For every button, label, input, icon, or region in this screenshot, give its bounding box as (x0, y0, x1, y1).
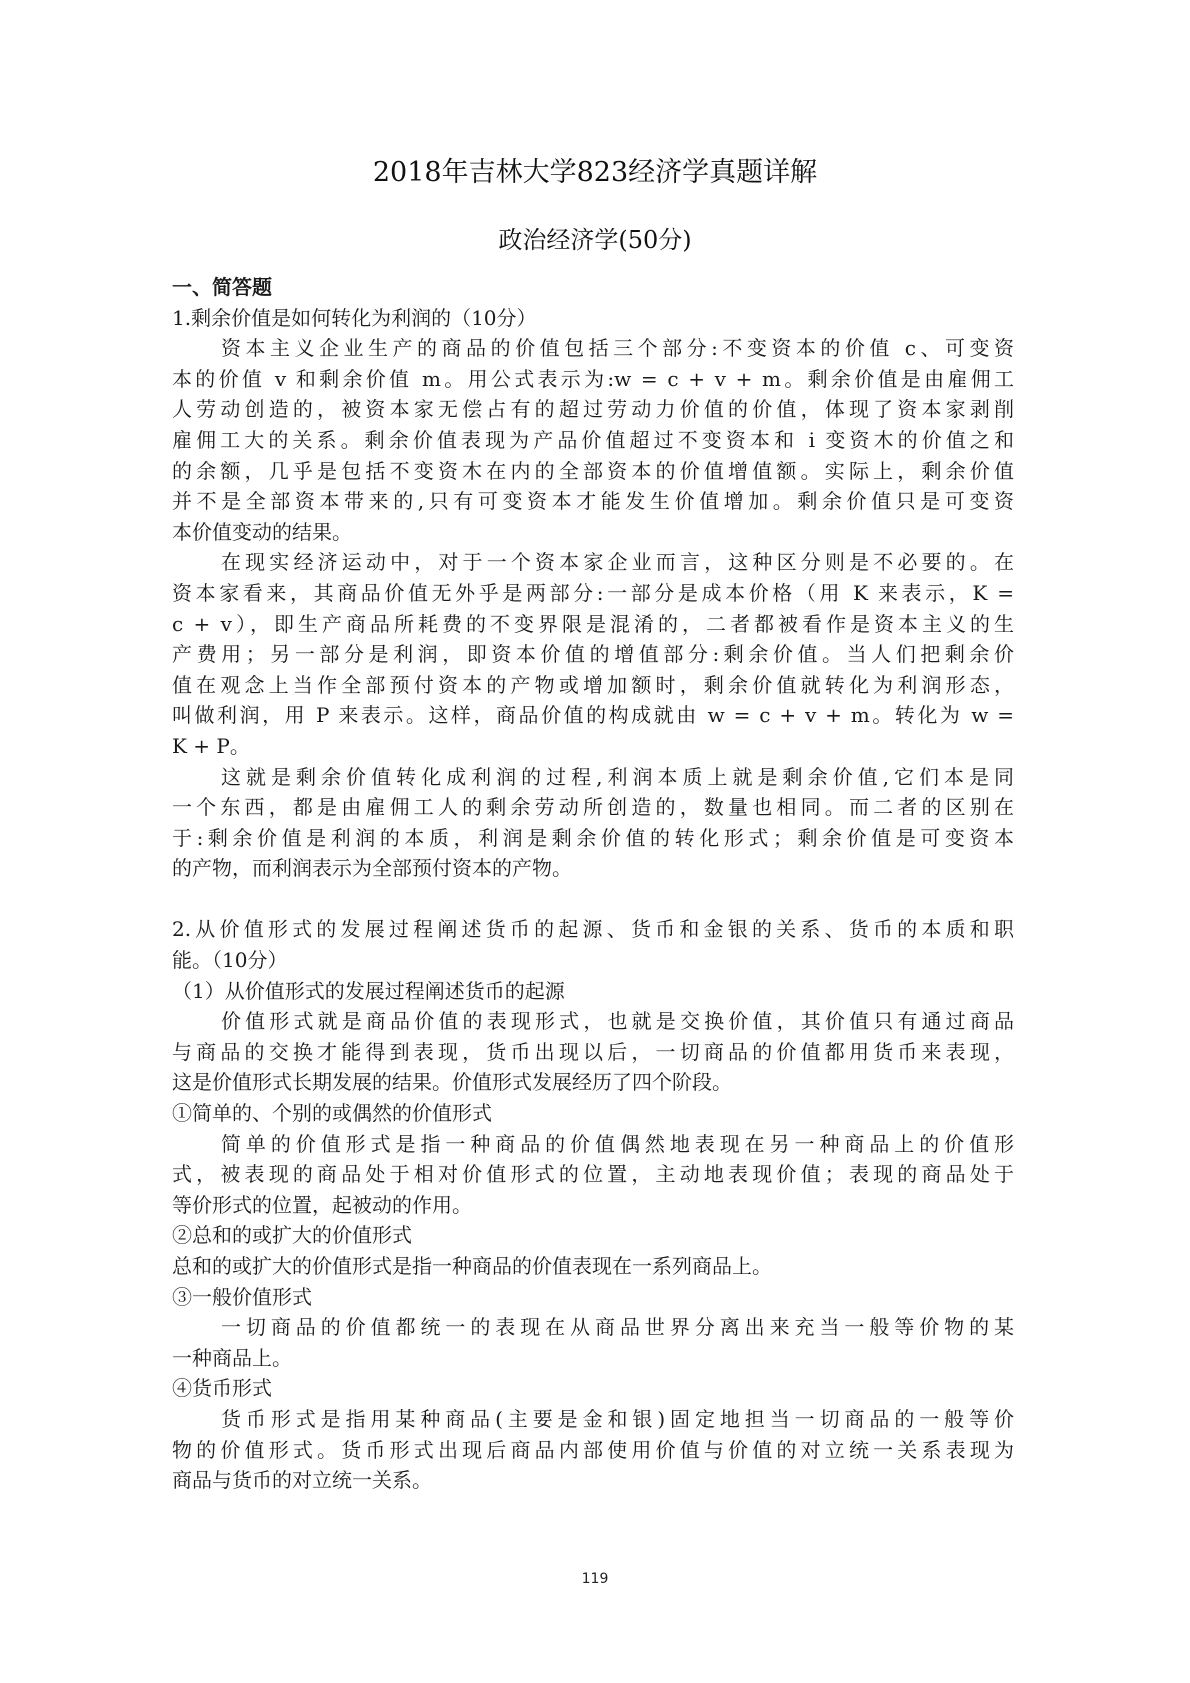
text-line: 的产物，而利润表示为全部预付资本的产物。 (172, 853, 1014, 884)
stage-3-paragraph: 一切商品的价值都统一的表现在从商品世界分离出来充当一般等价物的某 一种商品上。 (172, 1312, 1014, 1373)
stage-4-title: ④货币形式 (172, 1373, 1014, 1404)
text-line: 价值形式就是商品价值的表现形式，也就是交换价值，其价值只有通过商品 (172, 1006, 1014, 1037)
text-line: 物的价值形式。货币形式出现后商品内部使用价值与价值的对立统一关系表现为 (172, 1435, 1014, 1466)
text-line: 能。（10分） (172, 945, 1014, 976)
question-2: 2.从价值形式的发展过程阐述货币的起源、货币和金银的关系、货币的本质和职 能。（… (172, 914, 1014, 975)
text-line: 式，被表现的商品处于相对价值形式的位置，主动地表现价值；表现的商品处于 (172, 1159, 1014, 1190)
q1-paragraph-1: 资本主义企业生产的商品的价值包括三个部分:不变资本的价值 c、可变资 本的价值 … (172, 333, 1014, 547)
text-line: 并不是全部资本带来的,只有可变资本才能发生价值增加。剩余价值只是可变资 (172, 486, 1014, 517)
text-line: 产费用；另一部分是利润，即资本价值的增值部分:剩余价值。当人们把剩余价 (172, 639, 1014, 670)
text-line: 简单的价值形式是指一种商品的价值偶然地表现在另一种商品上的价值形 (172, 1129, 1014, 1160)
text-line: 于:剩余价值是利润的本质，利润是剩余价值的转化形式；剩余价值是可变资本 (172, 823, 1014, 854)
text-line: 这就是剩余价值转化成利润的过程,利润本质上就是剩余价值,它们本是同 (172, 762, 1014, 793)
text-line: 一切商品的价值都统一的表现在从商品世界分离出来充当一般等价物的某 (172, 1312, 1014, 1343)
q1-paragraph-3: 这就是剩余价值转化成利润的过程,利润本质上就是剩余价值,它们本是同 一个东西，都… (172, 762, 1014, 884)
text-line: 这是价值形式长期发展的结果。价值形式发展经历了四个阶段。 (172, 1067, 1014, 1098)
section-title: 政治经济学(50分) (0, 223, 1190, 257)
text-line: 资本主义企业生产的商品的价值包括三个部分:不变资本的价值 c、可变资 (172, 333, 1014, 364)
q1-paragraph-2: 在现实经济运动中，对于一个资本家企业而言，这种区分则是不必要的。在 资本家看来，… (172, 547, 1014, 761)
stage-2-title: ②总和的或扩大的价值形式 (172, 1220, 1014, 1251)
text-line: 的余额，几乎是包括不变资木在内的全部资本的价值增值额。实际上，剩余价值 (172, 456, 1014, 487)
page-number: 119 (0, 1571, 1190, 1587)
subheading-1: （1）从价值形式的发展过程阐述货币的起源 (172, 976, 1014, 1007)
text-line: 人劳动创造的，被资本家无偿占有的超过劳动力价值的价值，体现了资本家剥削 (172, 394, 1014, 425)
text-line: 与商品的交换才能得到表现，货币出现以后，一切商品的价值都用货币来表现， (172, 1037, 1014, 1068)
text-line: 值在观念上当作全部预付资本的产物或增加额时，剩余价值就转化为利润形态， (172, 670, 1014, 701)
text-line: 本的价值 v 和剩余价值 m。用公式表示为:w = c + v + m。剩余价值… (172, 364, 1014, 395)
text-line: c + v），即生产商品所耗费的不变界限是混淆的，二者都被看作是资本主义的生 (172, 609, 1014, 640)
text-line: 等价形式的位置，起被动的作用。 (172, 1190, 1014, 1221)
stage-4-paragraph: 货币形式是指用某种商品(主要是金和银)固定地担当一切商品的一般等价 物的价值形式… (172, 1404, 1014, 1496)
text-line: 货币形式是指用某种商品(主要是金和银)固定地担当一切商品的一般等价 (172, 1404, 1014, 1435)
text-line: 本价值变动的结果。 (172, 517, 1014, 548)
stage-2-paragraph: 总和的或扩大的价值形式是指一种商品的价值表现在一系列商品上。 (172, 1251, 1014, 1282)
text-line: 叫做利润，用 P 来表示。这样，商品价值的构成就由 w = c + v + m。… (172, 700, 1014, 731)
text-line: 2.从价值形式的发展过程阐述货币的起源、货币和金银的关系、货币的本质和职 (172, 914, 1014, 945)
text-line: 一种商品上。 (172, 1343, 1014, 1374)
section-heading: 一、简答题 (172, 272, 1014, 303)
stage-3-title: ③一般价值形式 (172, 1282, 1014, 1313)
body-text: 一、简答题 1.剩余价值是如何转化为利润的（10分） 资本主义企业生产的商品的价… (172, 272, 1014, 1496)
question-1: 1.剩余价值是如何转化为利润的（10分） (172, 303, 1014, 334)
stage-1-paragraph: 简单的价值形式是指一种商品的价值偶然地表现在另一种商品上的价值形 式，被表现的商… (172, 1129, 1014, 1221)
text-line: K + P。 (172, 731, 1014, 762)
stage-1-title: ①简单的、个别的或偶然的价值形式 (172, 1098, 1014, 1129)
document-title: 2018年吉林大学823经济学真题详解 (0, 155, 1190, 191)
text-line: 在现实经济运动中，对于一个资本家企业而言，这种区分则是不必要的。在 (172, 547, 1014, 578)
text-line: 雇佣工大的关系。剩余价值表现为产品价值超过不变资本和 i 变资木的价值之和 (172, 425, 1014, 456)
text-line: 资本家看来，其商品价值无外乎是两部分:一部分是成本价格（用 K 来表示，K = (172, 578, 1014, 609)
spacer (172, 884, 1014, 915)
text-line: 商品与货币的对立统一关系。 (172, 1465, 1014, 1496)
text-line: 一个东西，都是由雇佣工人的剩余劳动所创造的，数量也相同。而二者的区别在 (172, 792, 1014, 823)
q2-paragraph-1: 价值形式就是商品价值的表现形式，也就是交换价值，其价值只有通过商品 与商品的交换… (172, 1006, 1014, 1098)
